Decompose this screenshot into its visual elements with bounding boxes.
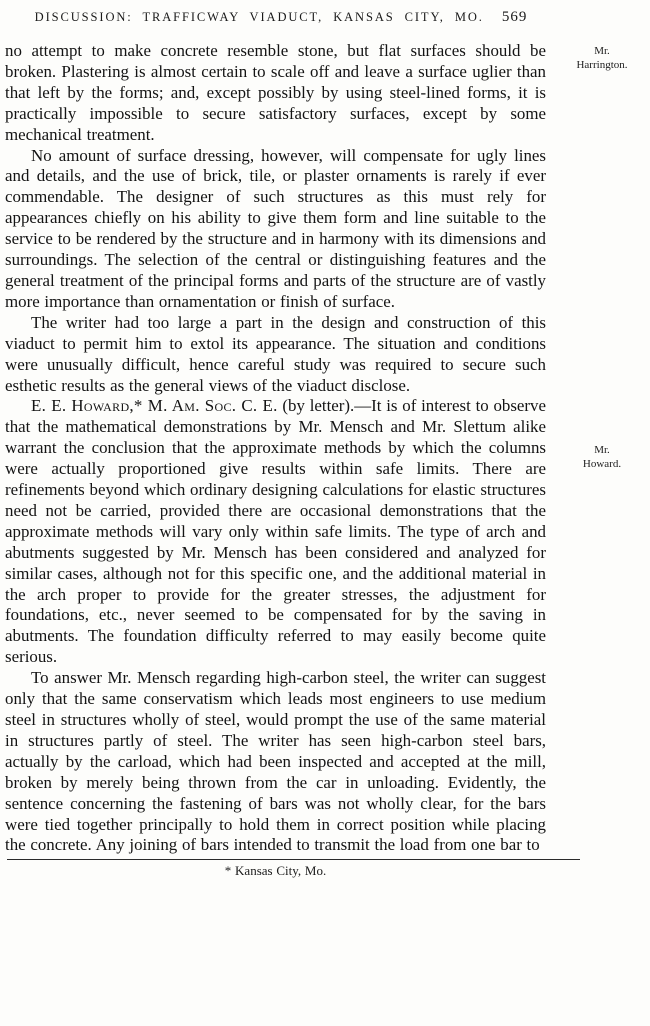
paragraph-text: (by letter).—It is of interest to observ… [5, 396, 546, 666]
paragraph: To answer Mr. Mensch regarding high-carb… [5, 668, 546, 856]
speaker-name-smallcaps: E. E. Howard,* M. Am. Soc. C. E. [31, 396, 278, 415]
page-number: 569 [502, 9, 528, 26]
paragraph: No amount of surface dressing, however, … [5, 146, 546, 313]
margin-note-line: Howard. [556, 458, 648, 472]
paragraph: The writer had too large a part in the d… [5, 313, 546, 397]
footnote-rule [7, 859, 580, 860]
footnote: * Kansas City, Mo. [5, 863, 546, 878]
running-head-title: DISCUSSION: TRAFFICWAY VIADUCT, KANSAS C… [35, 10, 484, 25]
paragraph-howard-letter: E. E. Howard,* M. Am. Soc. C. E. (by let… [5, 396, 546, 668]
margin-note-line: Mr. [556, 444, 648, 458]
margin-note-line: Harrington. [556, 59, 648, 73]
text-column: no attempt to make concrete resemble sto… [5, 41, 546, 878]
book-page: DISCUSSION: TRAFFICWAY VIADUCT, KANSAS C… [0, 0, 650, 1026]
margin-note-harrington: Mr. Harrington. [556, 45, 648, 72]
paragraph-continuation: no attempt to make concrete resemble sto… [5, 41, 546, 146]
running-head: DISCUSSION: TRAFFICWAY VIADUCT, KANSAS C… [0, 9, 562, 26]
margin-note-howard: Mr. Howard. [556, 444, 648, 471]
margin-note-line: Mr. [556, 45, 648, 59]
